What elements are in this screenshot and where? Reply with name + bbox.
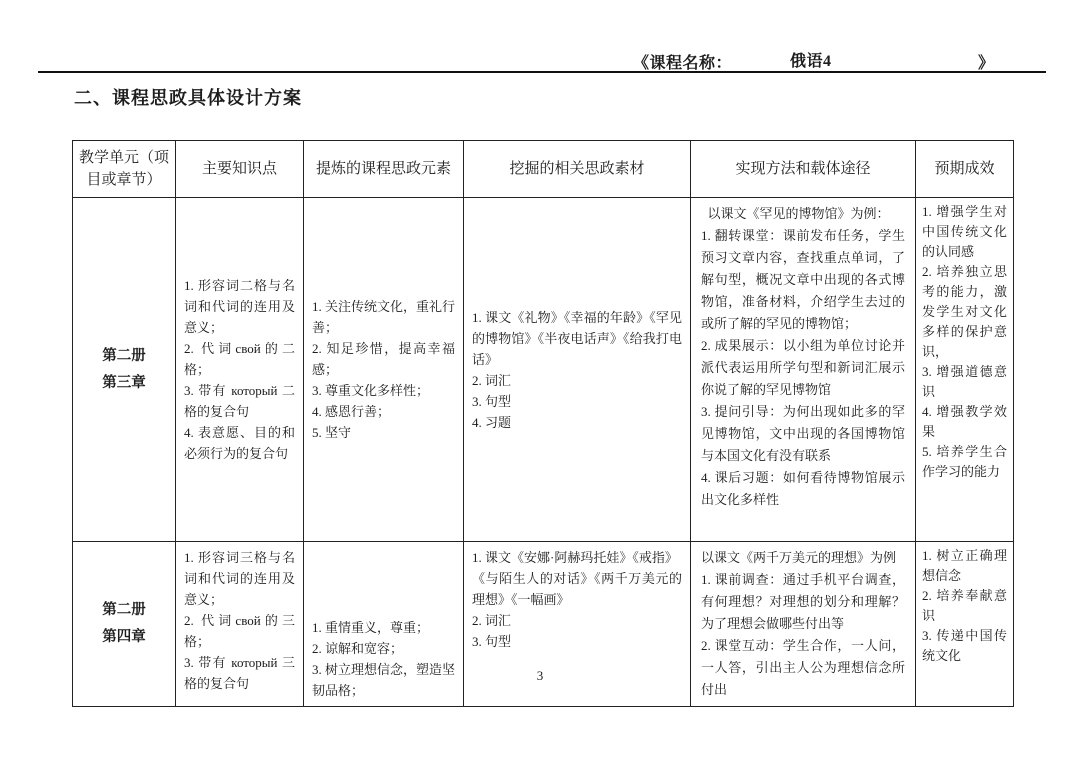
cell-knowledge-points: 1. 形容词二格与名词和代词的连用及意义； 2. 代词свой的二格； 3. 带… [176,198,304,542]
cell-materials: 1. 课文《礼物》《幸福的年龄》《罕见的博物馆》《半夜电话声》《给我打电话》 2… [464,198,691,542]
header-methods: 实现方法和载体途径 [691,141,916,198]
header-teaching-unit: 教学单元（项 目或章节） [73,141,176,198]
header-ideological-elements: 提炼的课程思政元素 [304,141,464,198]
course-name-value: 俄语4 [790,53,832,70]
header-rule-line [38,71,1046,73]
header-expected-outcomes: 预期成效 [916,141,1014,198]
document-page: 《课程名称：俄语4》 二、课程思政具体设计方案 教学单元（项 目或章节） 主要知… [0,0,1080,764]
cell-methods: 以课文《罕见的博物馆》为例： 1. 翻转课堂：课前发布任务，学生预习文章内容，查… [691,198,916,542]
course-label-prefix: 《课程名称： [633,55,732,72]
table-header-row: 教学单元（项 目或章节） 主要知识点 提炼的课程思政元素 挖掘的相关思政素材 实… [73,141,1014,198]
course-design-table: 教学单元（项 目或章节） 主要知识点 提炼的课程思政元素 挖掘的相关思政素材 实… [72,140,1014,707]
course-name-blank: 俄语4 [732,48,978,73]
course-label-suffix: 》 [978,55,995,72]
course-name-header: 《课程名称：俄语4》 [633,48,995,73]
section-title: 二、课程思政具体设计方案 [74,84,302,110]
table-row: 第二册 第三章 1. 形容词二格与名词和代词的连用及意义； 2. 代词свой的… [73,198,1014,542]
cell-ideological-elements: 1. 关注传统文化，重礼行善； 2. 知足珍惜，提高幸福感； 3. 尊重文化多样… [304,198,464,542]
header-knowledge-points: 主要知识点 [176,141,304,198]
header-materials: 挖掘的相关思政素材 [464,141,691,198]
page-number: 3 [0,668,1080,684]
cell-outcomes: 1. 增强学生对中国传统文化的认同感 2. 培养独立思考的能力，激发学生对文化多… [916,198,1014,542]
cell-unit: 第二册 第三章 [73,198,176,542]
